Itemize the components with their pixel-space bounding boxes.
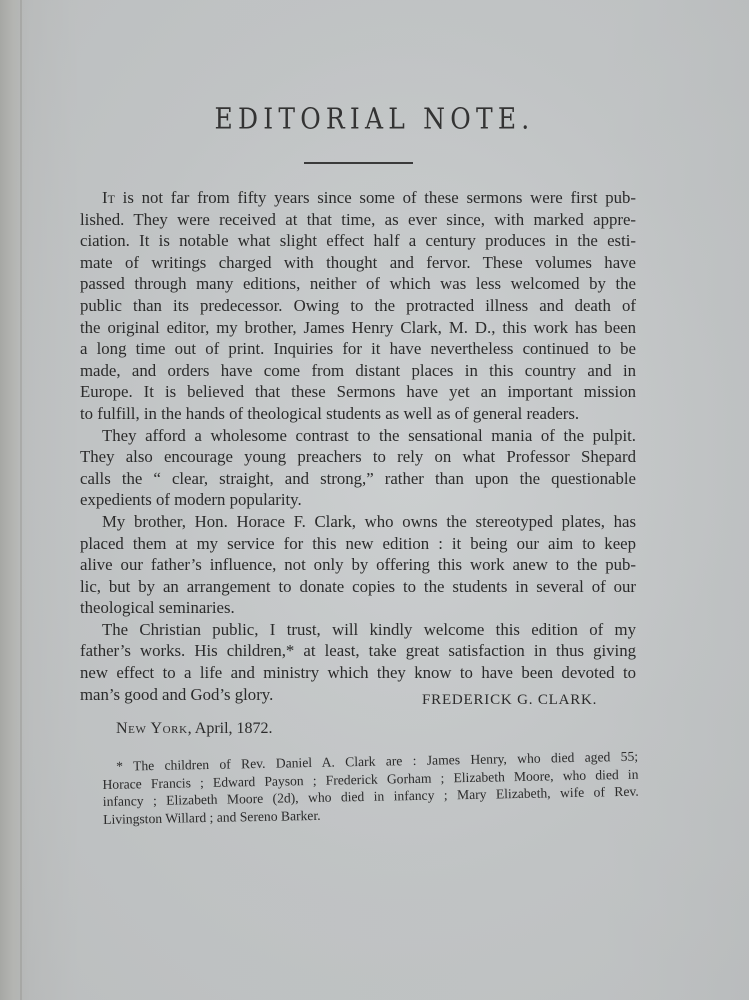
text-line: ciation. It is notable what slight effec… [80,230,636,252]
dateline-date: , April, 1872. [188,720,273,737]
text-line: lic, but by an arrangement to donate cop… [80,576,636,598]
footnote: * The children of Rev. Daniel A. Clark a… [102,748,639,828]
editorial-body: It is not far from fifty years since som… [80,187,636,705]
paragraph-1: It is not far from fifty years since som… [80,187,636,425]
text-line: new effect to a life and ministry which … [80,662,636,684]
text-line: They also encourage young preachers to r… [80,446,636,468]
text-line: alive our father’s influence, not only b… [80,554,636,576]
text-line: expedients of modern popularity. [80,489,636,511]
text-line: Europe. It is believed that these Sermon… [80,381,636,403]
text-line: theological seminaries. [80,597,636,619]
dateline-place: New York [116,720,188,737]
text-line: mate of writings charged with thought an… [80,252,636,274]
text-line: to fulfill, in the hands of theological … [80,403,636,425]
text-line: lished. They were received at that time,… [80,209,636,231]
text-line: calls the “ clear, straight, and strong,… [80,468,636,490]
text-line: The Christian public, I trust, will kind… [80,619,636,641]
text-line: passed through many editions, neither of… [80,273,636,295]
page-title: EDITORIAL NOTE. [0,102,749,135]
text-line: a long time out of print. Inquiries for … [80,338,636,360]
text-line: It is not far from fifty years since som… [80,187,636,209]
text-line: public than its predecessor. Owing to th… [80,295,636,317]
paragraph-2: They afford a wholesome contrast to the … [80,425,636,511]
text-line: the original editor, my brother, James H… [80,317,636,339]
text-line: father’s works. His children,* at least,… [80,640,636,662]
text-line: placed them at my service for this new e… [80,533,636,555]
text-line: My brother, Hon. Horace F. Clark, who ow… [80,511,636,533]
text-line: made, and orders have come from distant … [80,360,636,382]
paragraph-3: My brother, Hon. Horace F. Clark, who ow… [80,511,636,619]
text-line: They afford a wholesome contrast to the … [80,425,636,447]
book-page: EDITORIAL NOTE. It is not far from fifty… [0,0,749,1000]
signature: FREDERICK G. CLARK. [422,692,597,709]
book-gutter [0,0,22,1000]
drop-lead-word: It [102,188,115,207]
dateline: New York, April, 1872. [116,720,273,738]
title-rule-divider [304,162,413,164]
gutter-shadow [20,0,22,1000]
